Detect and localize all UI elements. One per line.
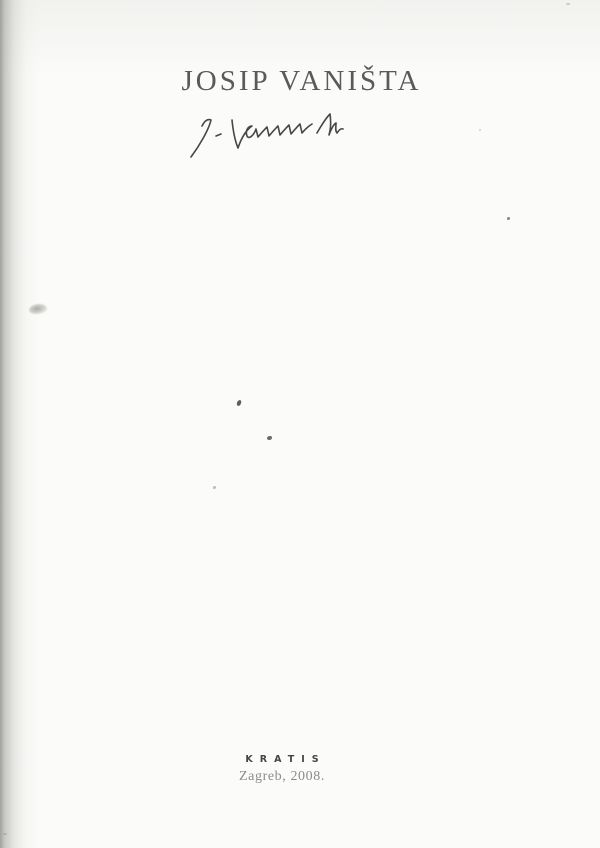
dust-speck <box>479 129 481 131</box>
smudge-mark <box>28 303 47 316</box>
dust-speck <box>3 833 7 835</box>
colophon: KRATIS Zagreb, 2008. <box>238 754 325 785</box>
dust-speck <box>267 436 272 440</box>
dust-speck <box>236 400 241 407</box>
dust-speck <box>566 3 570 5</box>
page-gutter-shadow <box>0 0 40 848</box>
author-signature <box>185 111 360 166</box>
scanned-book-title-page: JOSIP VANIŠTA KRATIS Zagreb, 2008. <box>0 0 600 848</box>
dust-speck <box>213 486 216 489</box>
dust-speck <box>507 217 510 220</box>
imprint-line: Zagreb, 2008. <box>238 769 325 785</box>
publisher-name: KRATIS <box>238 754 325 765</box>
book-title: JOSIP VANIŠTA <box>0 67 600 96</box>
